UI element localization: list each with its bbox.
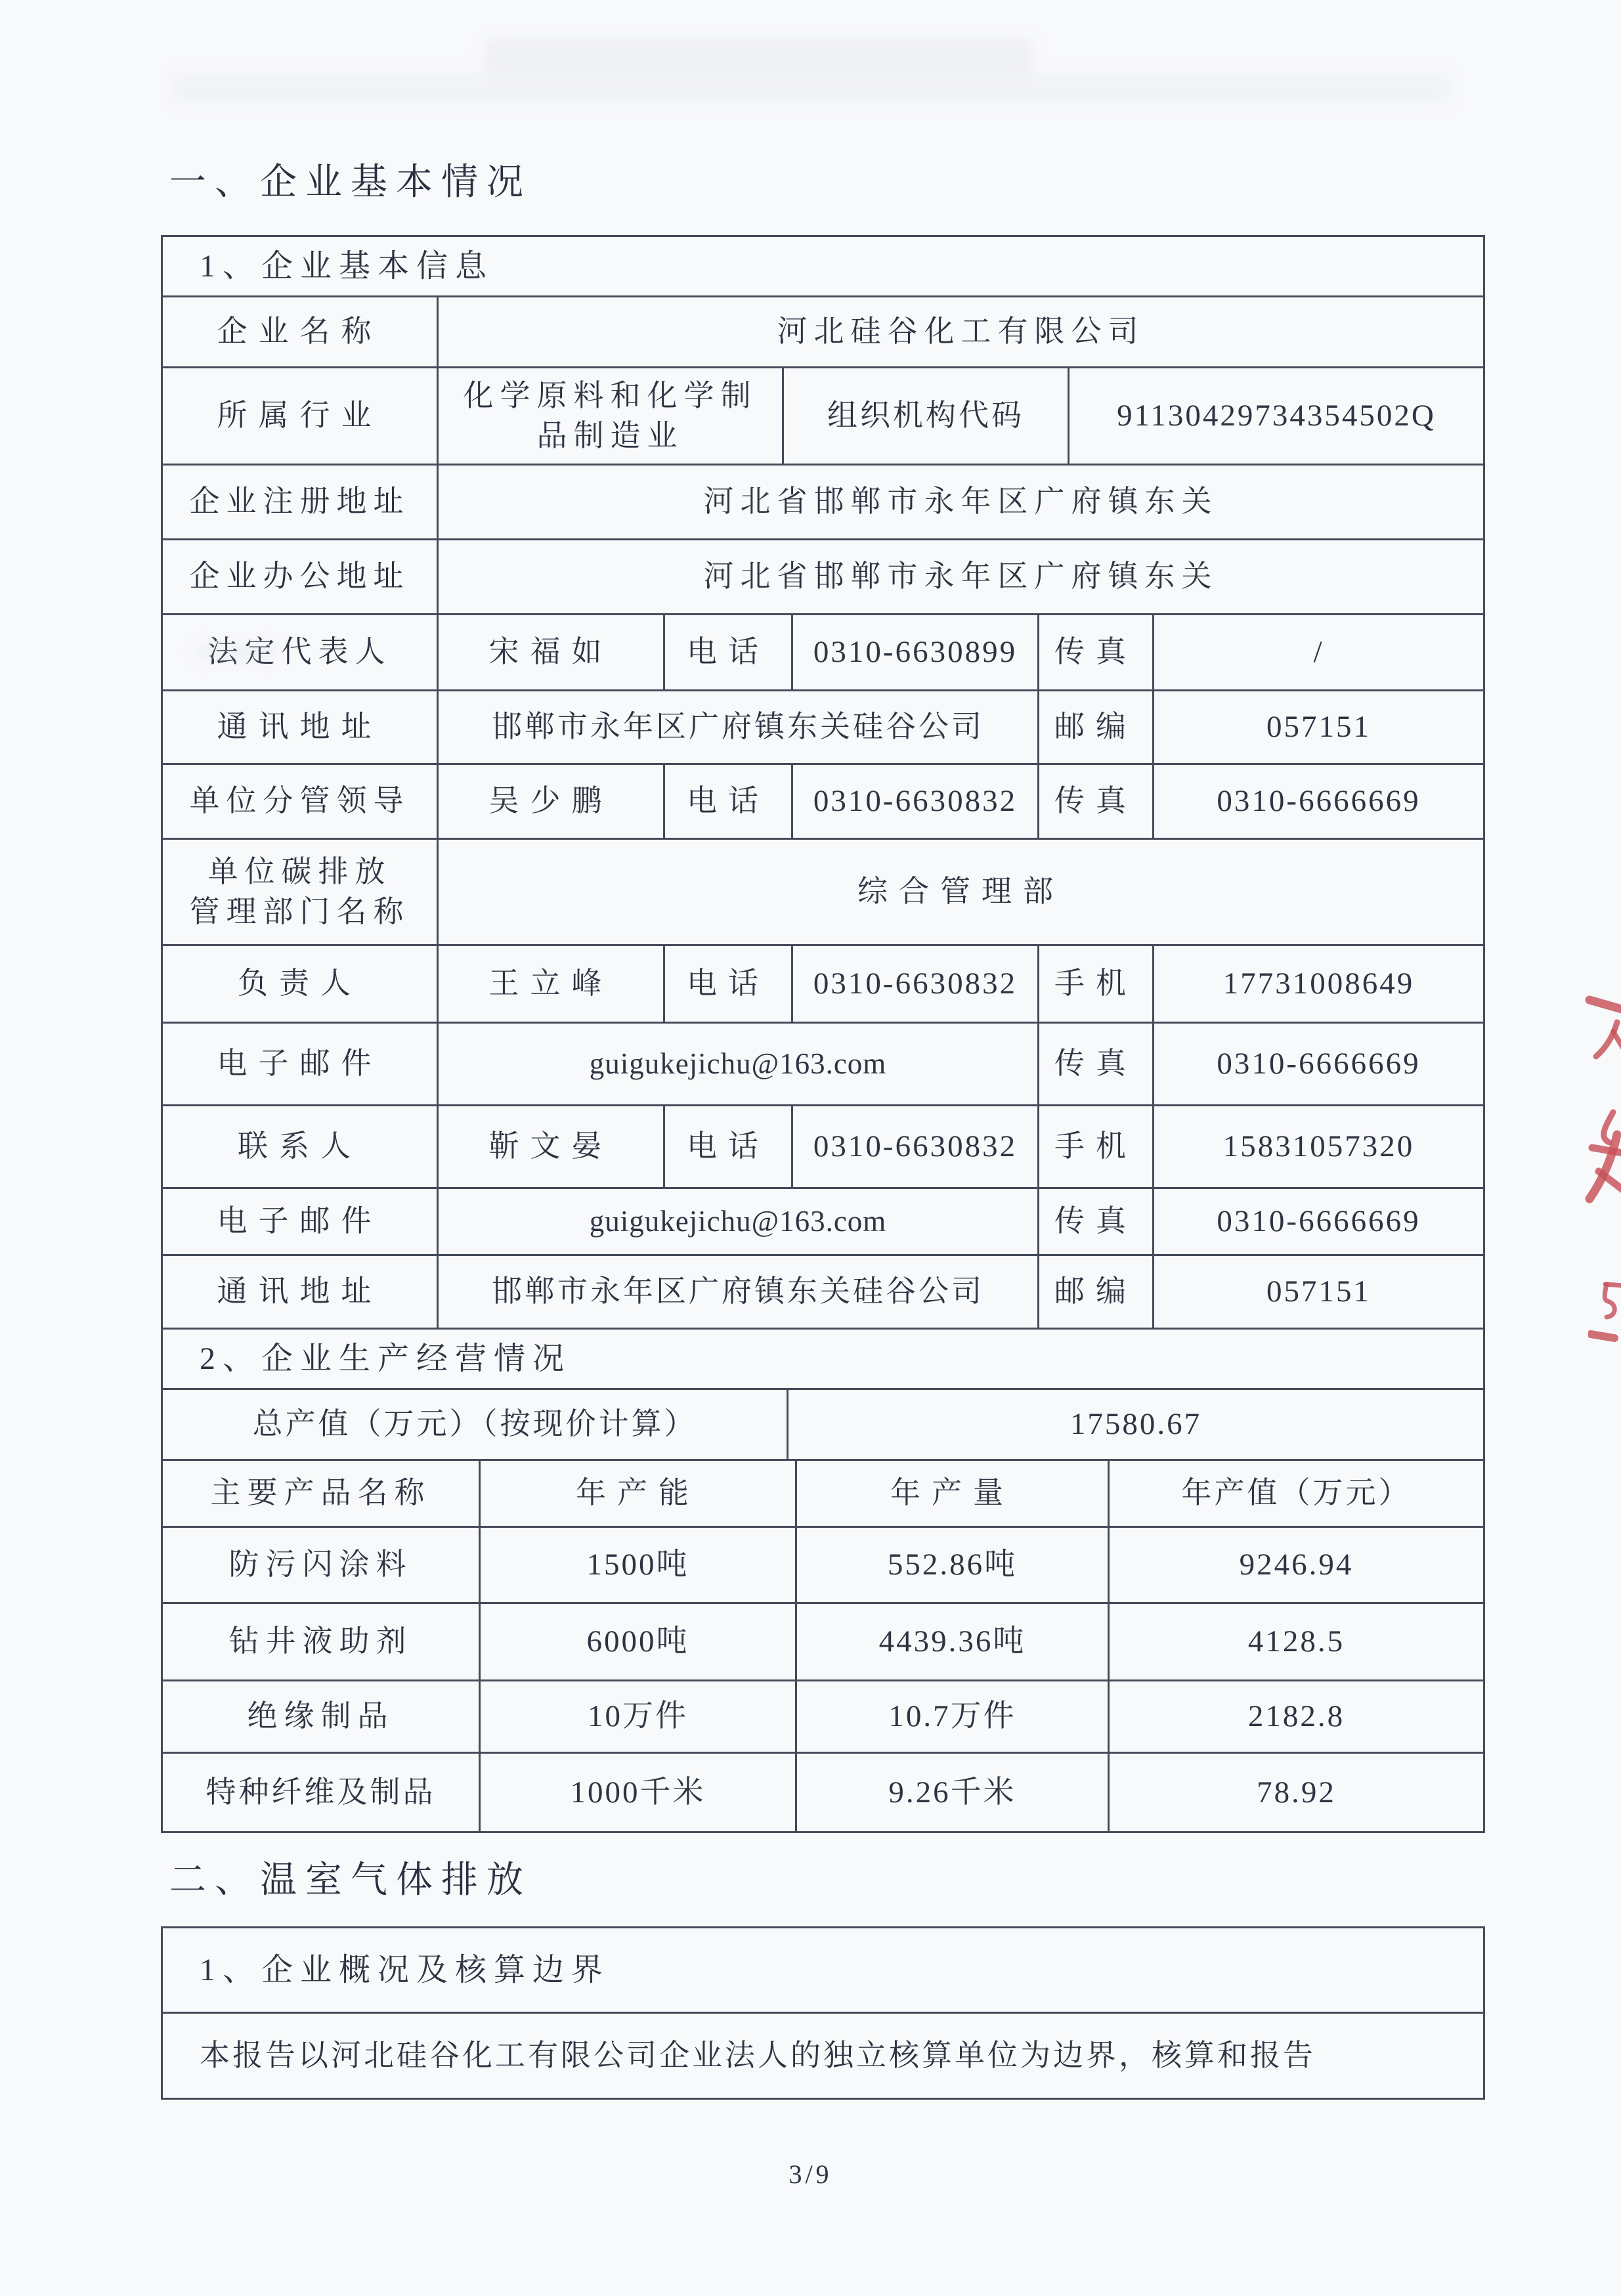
mail-address-label: 通讯地址 (163, 1256, 439, 1328)
red-stamp-fragment-1 (1570, 988, 1621, 1073)
table-row: 总产值（万元）（按现价计算） 17580.67 (163, 1390, 1483, 1461)
manager-mobile-value: 17731008649 (1154, 946, 1483, 1022)
bleedthrough-artifact (486, 39, 1031, 74)
manager-phone-value: 0310-6630832 (793, 946, 1039, 1022)
postcode-value: 057151 (1154, 691, 1483, 763)
phone-label: 电话 (665, 615, 793, 689)
table-row: 负责人 王立峰 电话 0310-6630832 手机 17731008649 (163, 946, 1483, 1024)
email-value: guigukejichu@163.com (439, 1189, 1039, 1254)
legal-rep-fax-value: / (1154, 615, 1483, 689)
manager-label: 负责人 (163, 946, 439, 1022)
product-name: 特种纤维及制品 (163, 1754, 481, 1831)
table-row: 1、企业基本信息 (163, 237, 1483, 297)
legal-rep-value: 宋福如 (439, 615, 665, 689)
leader-phone-value: 0310-6630832 (793, 765, 1039, 838)
table-row: 法定代表人 宋福如 电话 0310-6630899 传真 / (163, 615, 1483, 691)
email-value: guigukejichu@163.com (439, 1024, 1039, 1104)
table-row: 电子邮件 guigukejichu@163.com 传真 0310-666666… (163, 1024, 1483, 1106)
scanned-report-page: 一、企业基本情况 1、企业基本信息 企业名称 河北硅谷化工有限公司 所属行业 化… (0, 0, 1621, 2296)
fax-label: 传真 (1039, 615, 1154, 689)
subsection-title-basic-info: 1、企业基本信息 (163, 237, 1483, 295)
product-capacity: 1500吨 (481, 1528, 797, 1602)
ghg-boundary-table: 1、企业概况及核算边界 本报告以河北硅谷化工有限公司企业法人的独立核算单位为边界… (161, 1926, 1485, 2100)
fax-label: 传真 (1039, 1189, 1154, 1254)
annual-capacity-header: 年产能 (481, 1461, 797, 1526)
phone-label: 电话 (665, 946, 793, 1022)
product-capacity: 10万件 (481, 1681, 797, 1752)
section-heading-ghg: 二、温室气体排放 (169, 1833, 1621, 1899)
office-address-label: 企业办公地址 (163, 540, 439, 613)
product-row: 绝缘制品 10万件 10.7万件 2182.8 (163, 1681, 1483, 1754)
legal-rep-phone-value: 0310-6630899 (793, 615, 1039, 689)
table-row: 单位分管领导 吴少鹏 电话 0310-6630832 传真 0310-66666… (163, 765, 1483, 840)
phone-label: 电话 (665, 1106, 793, 1187)
carbon-dept-value: 综合管理部 (439, 840, 1483, 944)
postcode-label: 邮编 (1039, 691, 1154, 763)
email-label: 电子邮件 (163, 1189, 439, 1254)
product-value: 4128.5 (1110, 1604, 1483, 1679)
mail-address-value: 邯郸市永年区广府镇东关硅谷公司 (439, 1256, 1039, 1328)
table-row: 1、企业概况及核算边界 (163, 1928, 1483, 2014)
product-capacity: 1000千米 (481, 1754, 797, 1831)
industry-value: 化学原料和化学制 品制造业 (439, 368, 784, 464)
company-name-value: 河北硅谷化工有限公司 (439, 297, 1483, 366)
table-row: 2、企业生产经营情况 (163, 1330, 1483, 1390)
phone-label: 电话 (665, 765, 793, 838)
red-stamp-fragment-3 (1588, 1279, 1621, 1351)
table-row: 通讯地址 邯郸市永年区广府镇东关硅谷公司 邮编 057151 (163, 691, 1483, 765)
product-output: 552.86吨 (797, 1528, 1110, 1602)
product-row: 特种纤维及制品 1000千米 9.26千米 78.92 (163, 1754, 1483, 1831)
registered-address-label: 企业注册地址 (163, 466, 439, 538)
leader-value: 吴少鹏 (439, 765, 665, 838)
mobile-label: 手机 (1039, 1106, 1154, 1187)
table-row: 联系人 靳文晏 电话 0310-6630832 手机 15831057320 (163, 1106, 1483, 1189)
org-code-value: 91130429734354502Q (1070, 368, 1483, 464)
office-address-value: 河北省邯郸市永年区广府镇东关 (439, 540, 1483, 613)
manager-value: 王立峰 (439, 946, 665, 1022)
product-output: 9.26千米 (797, 1754, 1110, 1831)
contact-value: 靳文晏 (439, 1106, 665, 1187)
email-fax-value: 0310-6666669 (1154, 1189, 1483, 1254)
mail-address-value: 邯郸市永年区广府镇东关硅谷公司 (439, 691, 1039, 763)
product-value: 2182.8 (1110, 1681, 1483, 1752)
bleedthrough-artifact (171, 74, 1451, 104)
product-row: 防污闪涂料 1500吨 552.86吨 9246.94 (163, 1528, 1483, 1604)
product-row: 钻井液助剂 6000吨 4439.36吨 4128.5 (163, 1604, 1483, 1681)
red-stamp-fragment-2 (1579, 1108, 1621, 1207)
product-name: 钻井液助剂 (163, 1604, 481, 1679)
table-row: 本报告以河北硅谷化工有限公司企业法人的独立核算单位为边界，核算和报告 (163, 2014, 1483, 2098)
table-row: 企业名称 河北硅谷化工有限公司 (163, 297, 1483, 368)
annual-value-header: 年产值（万元） (1110, 1461, 1483, 1526)
industry-label: 所属行业 (163, 368, 439, 464)
postcode-label: 邮编 (1039, 1256, 1154, 1328)
table-row: 通讯地址 邯郸市永年区广府镇东关硅谷公司 邮编 057151 (163, 1256, 1483, 1330)
subsection-title-production: 2、企业生产经营情况 (163, 1330, 1483, 1388)
fax-label: 传真 (1039, 1024, 1154, 1104)
product-output: 4439.36吨 (797, 1604, 1110, 1679)
contact-label: 联系人 (163, 1106, 439, 1187)
email-label: 电子邮件 (163, 1024, 439, 1104)
product-value: 78.92 (1110, 1754, 1483, 1831)
total-output-label: 总产值（万元）（按现价计算） (163, 1390, 789, 1459)
leader-fax-value: 0310-6666669 (1154, 765, 1483, 838)
product-name: 防污闪涂料 (163, 1528, 481, 1602)
product-table-header-row: 主要产品名称 年产能 年产量 年产值（万元） (163, 1461, 1483, 1528)
table-row: 单位碳排放 管理部门名称 综合管理部 (163, 840, 1483, 946)
company-name-label: 企业名称 (163, 297, 439, 366)
leader-label: 单位分管领导 (163, 765, 439, 838)
product-output: 10.7万件 (797, 1681, 1110, 1752)
product-name-header: 主要产品名称 (163, 1461, 481, 1526)
mail-address-label: 通讯地址 (163, 691, 439, 763)
table-row: 企业注册地址 河北省邯郸市永年区广府镇东关 (163, 466, 1483, 540)
contact-phone-value: 0310-6630832 (793, 1106, 1039, 1187)
total-output-value: 17580.67 (789, 1390, 1483, 1459)
subsection-title-boundary: 1、企业概况及核算边界 (163, 1928, 1483, 2012)
annual-output-header: 年产量 (797, 1461, 1110, 1526)
email-fax-value: 0310-6666669 (1154, 1024, 1483, 1104)
org-code-label: 组织机构代码 (784, 368, 1070, 464)
product-name: 绝缘制品 (163, 1681, 481, 1752)
product-capacity: 6000吨 (481, 1604, 797, 1679)
carbon-dept-label: 单位碳排放 管理部门名称 (163, 840, 439, 944)
mobile-label: 手机 (1039, 946, 1154, 1022)
table-row: 企业办公地址 河北省邯郸市永年区广府镇东关 (163, 540, 1483, 615)
postcode-value: 057151 (1154, 1256, 1483, 1328)
table-row: 电子邮件 guigukejichu@163.com 传真 0310-666666… (163, 1189, 1483, 1256)
table-row: 所属行业 化学原料和化学制 品制造业 组织机构代码 91130429734354… (163, 368, 1483, 466)
page-number: 3/9 (0, 2159, 1621, 2190)
contact-mobile-value: 15831057320 (1154, 1106, 1483, 1187)
product-value: 9246.94 (1110, 1528, 1483, 1602)
bleedthrough-artifact (197, 643, 276, 661)
fax-label: 传真 (1039, 765, 1154, 838)
basic-info-table: 1、企业基本信息 企业名称 河北硅谷化工有限公司 所属行业 化学原料和化学制 品… (161, 235, 1485, 1833)
registered-address-value: 河北省邯郸市永年区广府镇东关 (439, 466, 1483, 538)
boundary-paragraph: 本报告以河北硅谷化工有限公司企业法人的独立核算单位为边界，核算和报告 (163, 2014, 1483, 2098)
